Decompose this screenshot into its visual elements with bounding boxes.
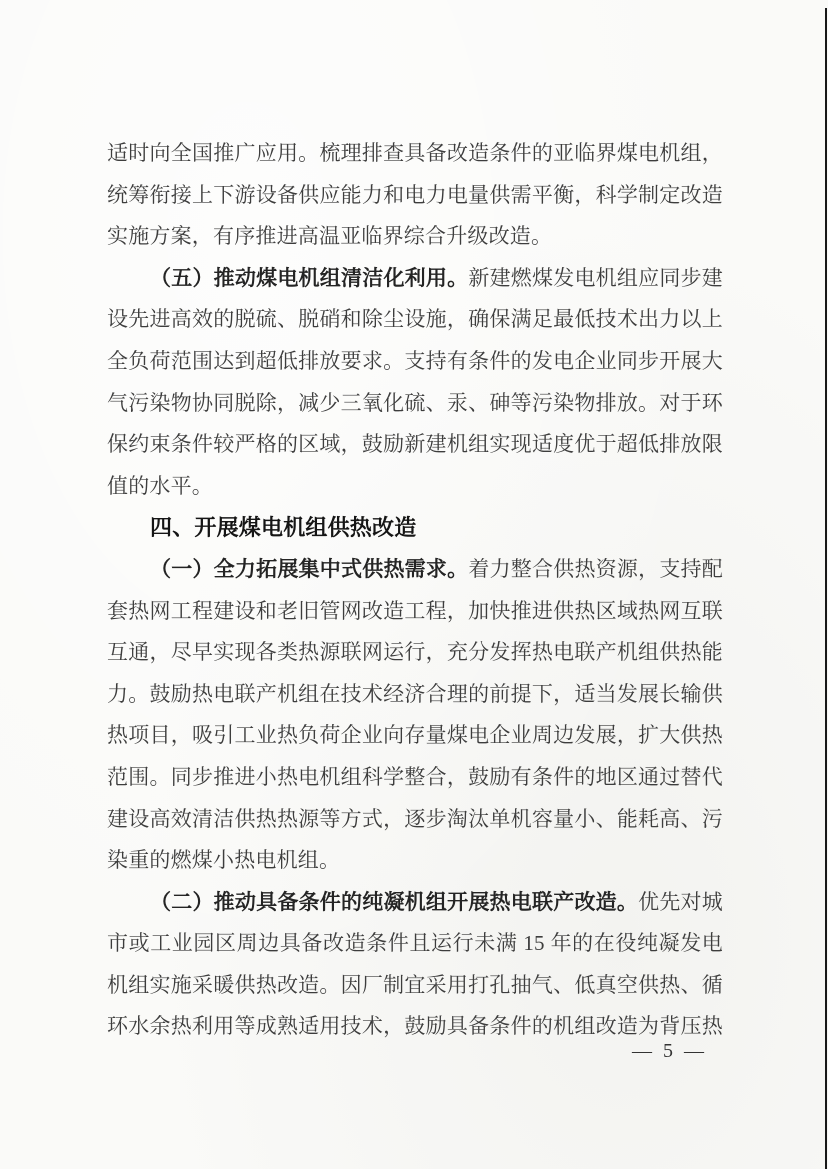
line-text: 机组实施采暖供热改造。因厂制宜采用打孔抽气、低真空供热、循 [107, 973, 723, 997]
text-line: 气污染物协同脱除，减少三氧化硫、汞、砷等污染物排放。对于环 [107, 383, 723, 425]
line-text: 建设高效清洁供热热源等方式，逐步淘汰单机容量小、能耗高、污 [107, 807, 723, 831]
section-heading-4: 四、开展煤电机组供热改造 [107, 507, 723, 549]
text-line: 设先进高效的脱硫、脱硝和除尘设施，确保满足最低技术出力以上 [107, 299, 723, 341]
text-line: 市或工业园区周边具备改造条件且运行未满 15 年的在役纯凝发电 [107, 923, 723, 965]
paragraph-lead: （五）推动煤电机组清洁化利用。 [150, 266, 468, 290]
line-text: 染重的燃煤小热电机组。 [107, 848, 340, 872]
line-text: 环水余热利用等成熟适用技术，鼓励具备条件的机组改造为背压热 [107, 1014, 723, 1038]
line-text: 优先对城 [638, 890, 723, 914]
line-text: 统筹衔接上下游设备供应能力和电力电量供需平衡，科学制定改造 [107, 183, 723, 207]
line-text: 保约束条件较严格的区域，鼓励新建机组实现适度优于超低排放限 [107, 432, 723, 456]
text-line: 环水余热利用等成熟适用技术，鼓励具备条件的机组改造为背压热 [107, 1006, 723, 1048]
text-line: 热项目，吸引工业热负荷企业向存量煤电企业周边发展，扩大供热 [107, 715, 723, 757]
line-text: 市或工业园区周边具备改造条件且运行未满 15 年的在役纯凝发电 [107, 931, 723, 955]
text-line: 机组实施采暖供热改造。因厂制宜采用打孔抽气、低真空供热、循 [107, 965, 723, 1007]
text-line: 范围。同步推进小热电机组科学整合，鼓励有条件的地区通过替代 [107, 757, 723, 799]
paragraph-lead: （二）推动具备条件的纯凝机组开展热电联产改造。 [150, 890, 638, 914]
line-text: 着力整合供热资源，支持配 [468, 557, 723, 581]
text-line: 染重的燃煤小热电机组。 [107, 840, 723, 882]
line-text: 全负荷范围达到超低排放要求。支持有条件的发电企业同步开展大 [107, 349, 723, 373]
line-text: 实施方案，有序推进高温亚临界综合升级改造。 [107, 224, 552, 248]
text-line: （二）推动具备条件的纯凝机组开展热电联产改造。优先对城 [107, 882, 723, 924]
line-text: 气污染物协同脱除，减少三氧化硫、汞、砷等污染物排放。对于环 [107, 391, 723, 415]
page-number: — 5 — [632, 1040, 707, 1063]
text-line: （一）全力拓展集中式供热需求。着力整合供热资源，支持配 [107, 549, 723, 591]
text-line: 力。鼓励热电联产机组在技术经济合理的前提下，适当发展长输供 [107, 674, 723, 716]
line-text: 热项目，吸引工业热负荷企业向存量煤电企业周边发展，扩大供热 [107, 723, 723, 747]
text-line: 值的水平。 [107, 466, 723, 508]
line-text: 适时向全国推广应用。梳理排查具备改造条件的亚临界煤电机组， [107, 141, 723, 165]
text-line: 保约束条件较严格的区域，鼓励新建机组实现适度优于超低排放限 [107, 424, 723, 466]
line-text: 套热网工程建设和老旧管网改造工程，加快推进供热区域热网互联 [107, 599, 723, 623]
section-heading-text: 四、开展煤电机组供热改造 [150, 515, 416, 540]
line-text: 新建燃煤发电机组应同步建 [468, 266, 723, 290]
text-line: 全负荷范围达到超低排放要求。支持有条件的发电企业同步开展大 [107, 341, 723, 383]
line-text: 力。鼓励热电联产机组在技术经济合理的前提下，适当发展长输供 [107, 682, 723, 706]
line-text: 互通，尽早实现各类热源联网运行，充分发挥热电联产机组供热能 [107, 640, 723, 664]
text-line: 适时向全国推广应用。梳理排查具备改造条件的亚临界煤电机组， [107, 133, 723, 175]
text-line: 互通，尽早实现各类热源联网运行，充分发挥热电联产机组供热能 [107, 632, 723, 674]
paragraph-lead: （一）全力拓展集中式供热需求。 [150, 557, 468, 581]
line-text: 设先进高效的脱硫、脱硝和除尘设施，确保满足最低技术出力以上 [107, 307, 723, 331]
document-text-block: 适时向全国推广应用。梳理排查具备改造条件的亚临界煤电机组， 统筹衔接上下游设备供… [107, 133, 723, 1048]
text-line: 实施方案，有序推进高温亚临界综合升级改造。 [107, 216, 723, 258]
line-text: 范围。同步推进小热电机组科学整合，鼓励有条件的地区通过替代 [107, 765, 723, 789]
line-text: 值的水平。 [107, 474, 213, 498]
document-page: 适时向全国推广应用。梳理排查具备改造条件的亚临界煤电机组， 统筹衔接上下游设备供… [0, 0, 828, 1169]
text-line: 统筹衔接上下游设备供应能力和电力电量供需平衡，科学制定改造 [107, 175, 723, 217]
text-line: 建设高效清洁供热热源等方式，逐步淘汰单机容量小、能耗高、污 [107, 799, 723, 841]
text-line: （五）推动煤电机组清洁化利用。新建燃煤发电机组应同步建 [107, 258, 723, 300]
scan-edge-artifact [825, 8, 827, 1169]
text-line: 套热网工程建设和老旧管网改造工程，加快推进供热区域热网互联 [107, 591, 723, 633]
